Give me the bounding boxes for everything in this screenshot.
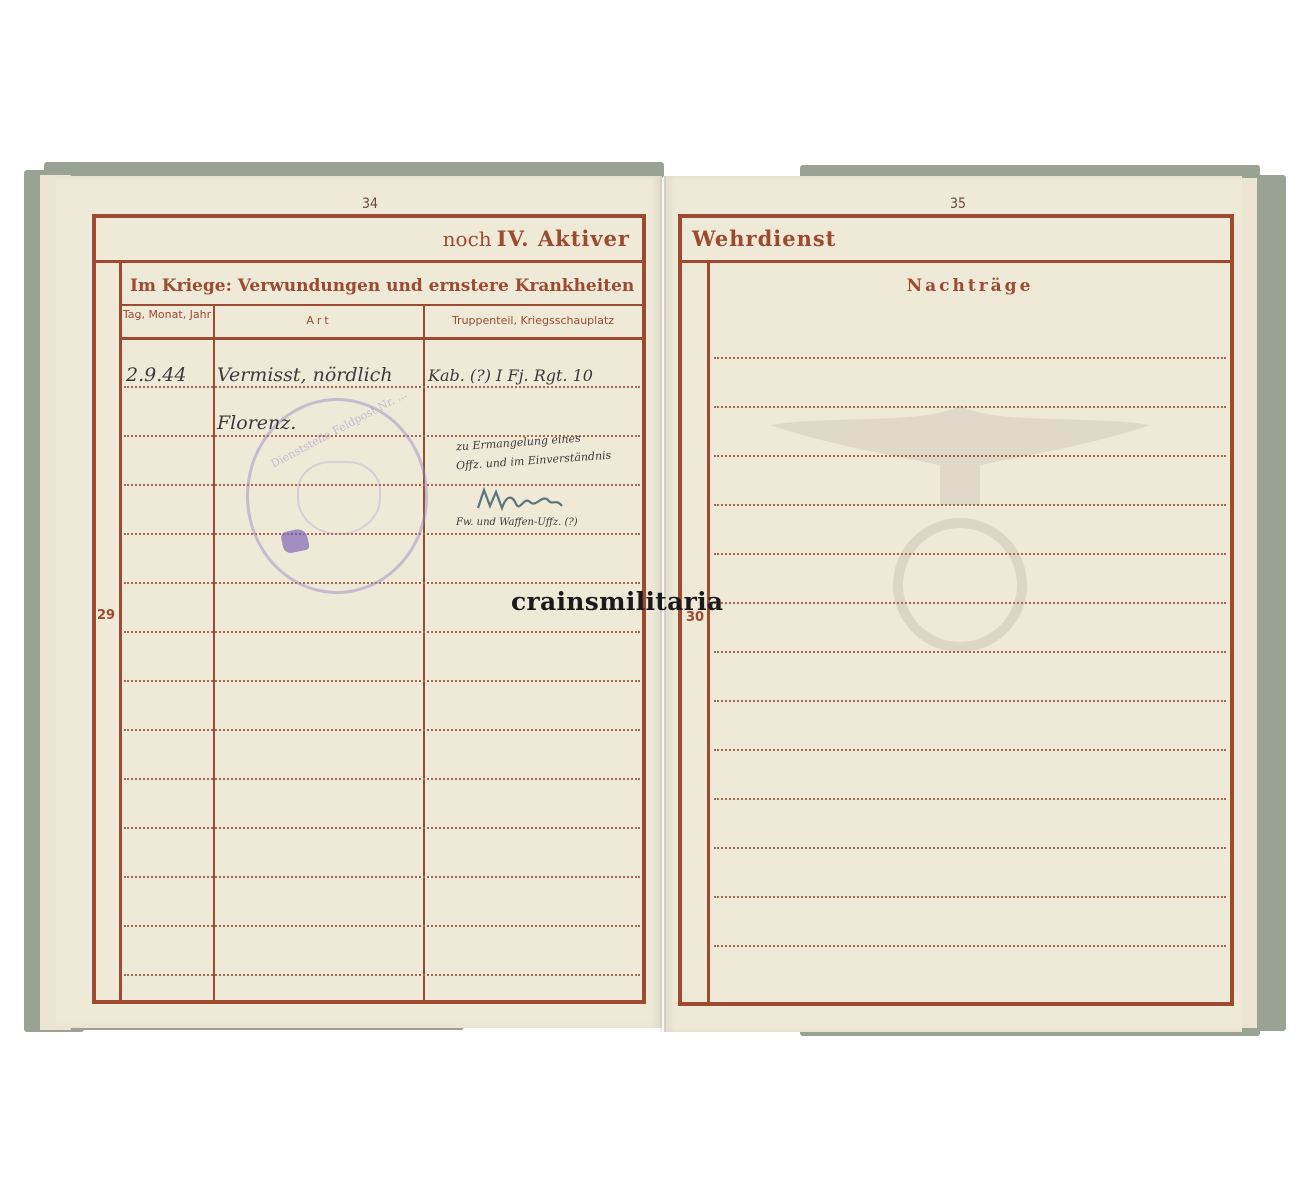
row-line (714, 602, 1226, 604)
row-line (714, 798, 1226, 800)
entry-art: Vermisst, nördlich (217, 364, 393, 386)
column-divider-1 (213, 306, 215, 1002)
row-line (714, 749, 1226, 751)
header-prefix: noch (443, 227, 492, 251)
entry-date: 2.9.44 (126, 364, 186, 386)
left-header-title: noch IV. Aktiver (300, 226, 630, 251)
row-line (124, 386, 640, 388)
entry-art-continued: Florenz. (217, 412, 296, 434)
signature-scribble-icon (476, 486, 566, 516)
header-title: IV. Aktiver (497, 226, 630, 251)
stamp-eagle-icon (297, 461, 381, 535)
column-header-date: Tag, Monat, Jahr (122, 308, 212, 321)
column-header-art: Art (216, 314, 422, 327)
row-line (124, 631, 640, 633)
row-line (714, 406, 1226, 408)
right-header-title: Wehrdienst (692, 226, 836, 251)
row-line (124, 729, 640, 731)
right-margin-line (707, 262, 710, 1004)
column-header-truppenteil: Truppenteil, Kriegsschauplatz (426, 314, 640, 327)
row-line (124, 582, 640, 584)
left-side-number: 29 (97, 608, 115, 623)
row-line (124, 778, 640, 780)
row-line (124, 876, 640, 878)
column-divider-2 (423, 306, 425, 1002)
row-line (124, 974, 640, 976)
entry-truppenteil: Kab. (?) I Fj. Rgt. 10 (428, 366, 593, 385)
section-title: Im Kriege: Verwundungen und ernstere Kra… (130, 276, 638, 296)
row-line (714, 945, 1226, 947)
row-line (714, 847, 1226, 849)
row-line (714, 504, 1226, 506)
signature-title: Fw. und Waffen-Uffz. (?) (456, 517, 578, 528)
row-line (714, 651, 1226, 653)
page-stack-right (1240, 178, 1257, 1028)
row-line (124, 827, 640, 829)
left-margin-line (119, 262, 122, 1002)
row-line (714, 455, 1226, 457)
left-header-divider (92, 260, 646, 263)
right-header-divider (678, 260, 1234, 263)
right-section-title: Nachträge (710, 276, 1230, 296)
signature (476, 486, 566, 516)
row-line (714, 896, 1226, 898)
right-page-number: 35 (938, 196, 978, 212)
left-page-number: 34 (350, 196, 390, 212)
row-line (714, 553, 1226, 555)
eagle-emblem-icon (770, 395, 1150, 655)
section-title-divider (121, 304, 642, 306)
row-line (714, 700, 1226, 702)
row-line (714, 357, 1226, 359)
row-line (124, 680, 640, 682)
bleedthrough-eagle-icon (770, 395, 1150, 485)
row-line (124, 925, 640, 927)
watermark: crainsmilitaria (511, 587, 723, 616)
column-header-divider (121, 337, 642, 340)
